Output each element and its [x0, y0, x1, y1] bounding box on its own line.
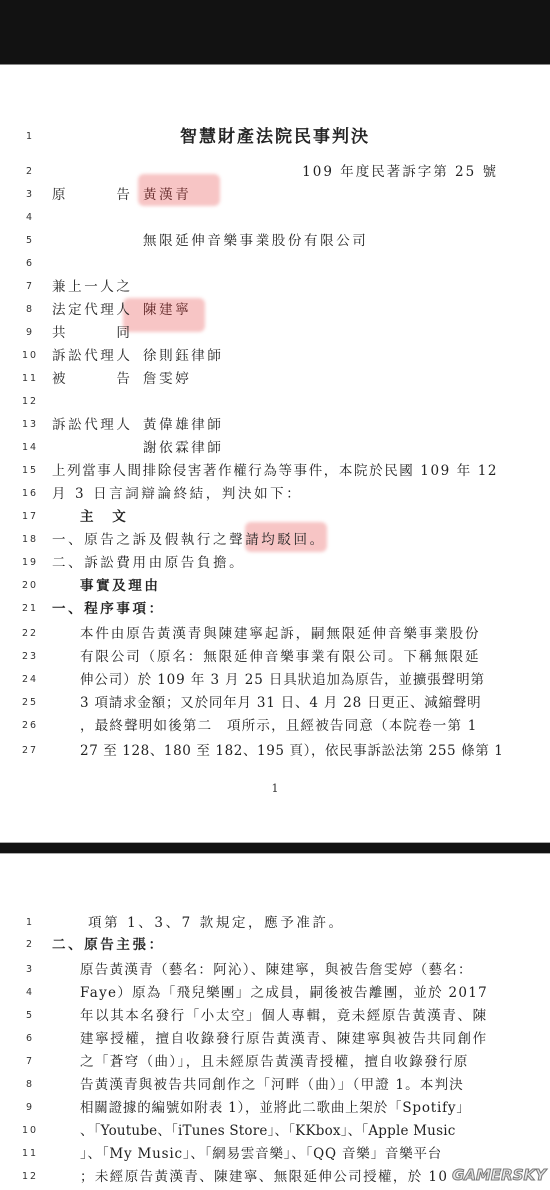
concurrent-label: 兼上一人之 — [52, 276, 133, 298]
line-15: 15 上列當事人間排除侵害著作權行為等事件，本院於民國 109 年 12 — [0, 460, 550, 482]
line-5: 5 無限延伸音樂事業股份有限公司 — [0, 230, 550, 252]
p2-line-8: 8 告黃漢青與被告共同創作之「河畔（曲）」（甲證 1。本判決 — [0, 1074, 550, 1096]
attorney-defendant-2: 謝依霖律師 — [143, 437, 224, 459]
line-1: 1 智慧財產法院民事判決 — [0, 126, 550, 148]
attorney-label-defendant: 訴訟代理人 — [52, 414, 133, 436]
line-20: 20 事實及理由 — [0, 575, 550, 597]
defendant-name: 詹雯婷 — [143, 368, 191, 390]
attorney-defendant-1: 黃偉雄律師 — [143, 414, 224, 436]
watermark-logo: GAMERSKY — [452, 1166, 546, 1184]
line-8: 8 法定代理人 陳建寧 — [0, 299, 550, 321]
legal-rep-label: 法定代理人 — [52, 299, 133, 321]
attorney-label-plaintiff: 訴訟代理人 — [52, 345, 133, 367]
line-18: 18 一、原告之訴及假執行之聲請均駁回。 — [0, 529, 550, 551]
line-6: 6 — [0, 253, 550, 275]
line-17: 17 主 文 — [0, 506, 550, 528]
line-2: 2 109 年度民著訴字第 25 號 — [0, 161, 550, 183]
p2-line-7: 7 之「蒼穹（曲）」，且未經原告黃漢青授權，擅自收錄發行原 — [0, 1051, 550, 1073]
section-heading-main-text: 主 文 — [80, 506, 128, 528]
legal-rep-name: 陳建寧 — [143, 299, 191, 321]
plaintiff-label: 原 告 — [52, 184, 133, 206]
p2-line-1: 1 項第 1、3、7 款規定，應予准許。 — [0, 912, 550, 934]
p2-line-2: 2 二、原告主張： — [0, 934, 550, 956]
line-19: 19 二、訴訟費用由原告負擔。 — [0, 552, 550, 574]
p2-line-5: 5 年以其本名發行「小太空」個人專輯，竟未經原告黃漢青、陳 — [0, 1005, 550, 1027]
line-11: 11 被 告 詹雯婷 — [0, 368, 550, 390]
page-number: 1 — [0, 782, 550, 795]
line-16: 16 月 3 日言詞辯論終結，判決如下： — [0, 483, 550, 505]
section-heading-facts: 事實及理由 — [80, 575, 161, 597]
plaintiff-name: 黃漢青 — [143, 184, 191, 206]
document-page-1: 1 智慧財產法院民事判決 2 109 年度民著訴字第 25 號 3 原 告 黃漢… — [0, 66, 550, 841]
p2-line-3: 3 原告黃漢青（藝名：阿沁）、陳建寧，與被告詹雯婷（藝名： — [0, 959, 550, 981]
document-page-2: 1 項第 1、3、7 款規定，應予准許。 2 二、原告主張： 3 原告黃漢青（藝… — [0, 854, 550, 1190]
line-24: 24 伸公司）於 109 年 3 月 25 日具狀追加為原告，並擴張聲明第 — [0, 669, 550, 691]
joint-label: 共 同 — [52, 322, 133, 344]
line-27: 27 27 至 128、180 至 182、195 頁），依民事訴訟法第 255… — [0, 740, 550, 762]
line-23: 23 有限公司（原名：無限延伸音樂事業有限公司。下稱無限延 — [0, 646, 550, 668]
line-10: 10 訴訟代理人 徐則鈺律師 — [0, 345, 550, 367]
line-7: 7 兼上一人之 — [0, 276, 550, 298]
p2-line-6: 6 建寧授權，擅自收錄發行原告黃漢青、陳建寧與被告共同創作 — [0, 1028, 550, 1050]
p2-line-10: 10 、「Youtube、「iTunes Store」、「KKbox」、「App… — [0, 1120, 550, 1142]
line-12: 12 — [0, 391, 550, 413]
defendant-label: 被 告 — [52, 368, 133, 390]
line-9: 9 共 同 — [0, 322, 550, 344]
company-name: 無限延伸音樂事業股份有限公司 — [143, 230, 368, 252]
line-4: 4 — [0, 207, 550, 229]
document-title: 智慧財產法院民事判決 — [0, 126, 550, 148]
line-13: 13 訴訟代理人 黃偉雄律師 — [0, 414, 550, 436]
attorney-plaintiff: 徐則鈺律師 — [143, 345, 224, 367]
p2-line-11: 11 」、「My Music」、「網易雲音樂」、「QQ 音樂」音樂平台 — [0, 1143, 550, 1165]
line-21: 21 一、程序事項： — [0, 598, 550, 620]
line-14: 14 謝依霖律師 — [0, 437, 550, 459]
line-25: 25 3 項請求金額；又於同年月 31 日、4 月 28 日更正、減縮聲明 — [0, 692, 550, 714]
p2-line-4: 4 Faye）原為「飛兒樂團」之成員，嗣後被告離團，並於 2017 — [0, 982, 550, 1004]
line-3: 3 原 告 黃漢青 — [0, 184, 550, 206]
line-22: 22 本件由原告黃漢青與陳建寧起訴，嗣無限延伸音樂事業股份 — [0, 623, 550, 645]
page-separator-bar — [0, 842, 550, 854]
line-26: 26 ，最終聲明如後第二 項所示，且經被告同意（本院卷一第 1 — [0, 715, 550, 737]
top-black-bar — [0, 0, 550, 65]
p2-line-9: 9 相關證據的編號如附表 1），並將此二歌曲上架於「Spotify」 — [0, 1097, 550, 1119]
section-heading-plaintiff-claims: 二、原告主張： — [52, 934, 165, 956]
case-number: 109 年度民著訴字第 25 號 — [302, 161, 498, 183]
section-heading-procedure: 一、程序事項： — [52, 598, 165, 620]
